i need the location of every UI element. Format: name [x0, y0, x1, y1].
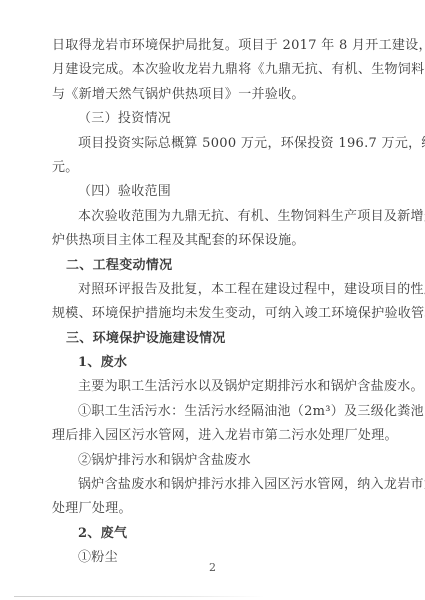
paragraph-line-joint-acceptance: 与《新增天然气锅炉供热项目》一并验收。: [52, 83, 374, 107]
paragraph-line-boiler-wastewater-end: 处理厂处理。: [52, 497, 374, 521]
subheading-wastewater: 1、废水: [52, 351, 374, 375]
section-heading-scope: （四）验收范围: [52, 180, 374, 204]
subheading-exhaust-gas: 2、废气: [52, 522, 374, 546]
paragraph-line-changes-end: 规模、环境保护措施均未发生变动，可纳入竣工环境保护验收管理。: [52, 302, 374, 326]
document-page: 日取得龙岩市环境保护局批复。项目于 2017 年 8 月开工建设，于 2018 …: [52, 34, 374, 571]
paragraph-line-scope: 本次验收范围为九鼎无抗、有机、生物饲料生产项目及新增天然气锅: [52, 205, 374, 229]
paragraph-line-investment-end: 元。: [52, 156, 374, 180]
paragraph-line-scope-end: 炉供热项目主体工程及其配套的环保设施。: [52, 229, 374, 253]
paragraph-line-domestic-sewage-end: 理后排入园区污水管网，进入龙岩市第二污水处理厂处理。: [52, 424, 374, 448]
item-boiler-wastewater: ②锅炉排污水和锅炉含盐废水: [52, 449, 374, 473]
heading-environmental-facilities: 三、环境保护设施建设情况: [52, 327, 374, 351]
paragraph-line-approval: 日取得龙岩市环境保护局批复。项目于 2017 年 8 月开工建设，于 2018 …: [52, 34, 374, 58]
paragraph-line-domestic-sewage: ①职工生活污水：生活污水经隔油池（2m³）及三级化粪池（10m³）处: [52, 400, 374, 424]
section-heading-investment: （三）投资情况: [52, 107, 374, 131]
page-bottom-edge: [14, 596, 265, 597]
paragraph-line-completion: 月建设完成。本次验收龙岩九鼎将《九鼎无抗、有机、生物饲料生产项目》: [52, 58, 374, 82]
paragraph-line-changes: 对照环评报告及批复，本工程在建设过程中，建设项目的性质、地点、: [52, 278, 374, 302]
paragraph-line-wastewater-summary: 主要为职工生活污水以及锅炉定期排污水和锅炉含盐废水。: [52, 375, 374, 399]
heading-engineering-changes: 二、工程变动情况: [52, 254, 374, 278]
page-number: 2: [0, 561, 425, 574]
paragraph-line-investment: 项目投资实际总概算 5000 万元，环保投资 196.7 万元，绿化投资 27 …: [52, 132, 374, 156]
paragraph-line-boiler-wastewater: 锅炉含盐废水和锅炉排污水排入园区污水管网，纳入龙岩市第二污水: [52, 473, 374, 497]
